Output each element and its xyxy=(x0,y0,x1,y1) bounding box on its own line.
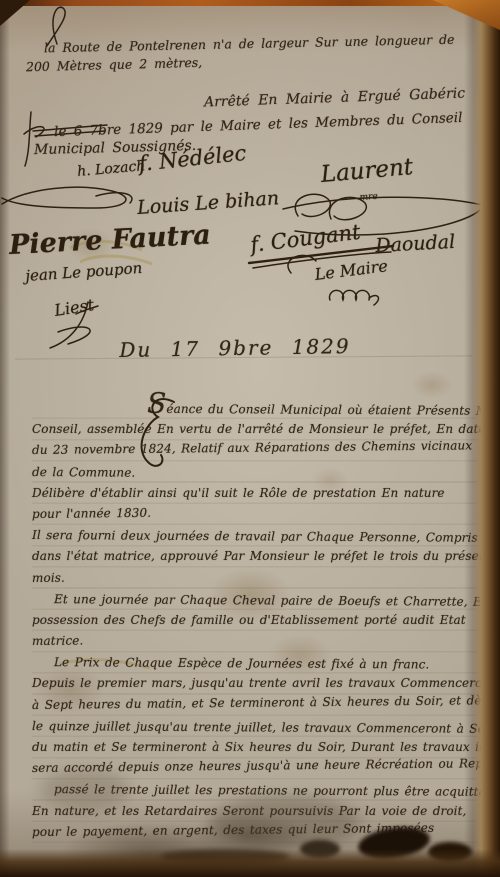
body-line-15: à Sept heures du matin, et Se termineron… xyxy=(32,690,478,716)
binding-bottom-edge xyxy=(0,849,500,877)
signature-7: Daoudal xyxy=(375,231,456,257)
signature-11: mre xyxy=(359,192,378,203)
manuscript-page: la Route de Pontelrenen n'a de largeur S… xyxy=(0,0,500,877)
body-line-12: matrice. xyxy=(32,626,478,652)
body-line-4: de la Commune. xyxy=(32,462,478,486)
body-line-1: Séance du Conseil Municipal où étaient P… xyxy=(32,398,478,422)
page-block-right-edge xyxy=(464,0,500,877)
body-line-21: pour le payement, en argent, des taxes q… xyxy=(32,817,478,843)
body-line-16: le quinze juillet jusqu'au trente juille… xyxy=(32,716,478,740)
body-line-19: passé le trente juillet les prestations … xyxy=(32,779,478,803)
body-line-3: du 23 novembre 1824, Relatif aux Réparat… xyxy=(32,436,478,462)
body-line-10: Et une journée par Chaque Cheval paire d… xyxy=(32,589,478,613)
body-text: Séance du Conseil Municipal où étaient P… xyxy=(32,398,478,843)
body-line-13: Le Prix de Chaque Espèce de Journées est… xyxy=(32,652,478,676)
body-line-6: pour l'année 1830. xyxy=(32,499,478,525)
body-line-7: Il sera fourni deux journées de travail … xyxy=(32,525,478,549)
binding-top-edge xyxy=(0,0,500,6)
body-line-18: sera accordé depuis onze heures jusqu'à … xyxy=(32,754,478,780)
left-edge-shadow xyxy=(0,0,10,877)
body-line-9: mois. xyxy=(32,563,478,589)
